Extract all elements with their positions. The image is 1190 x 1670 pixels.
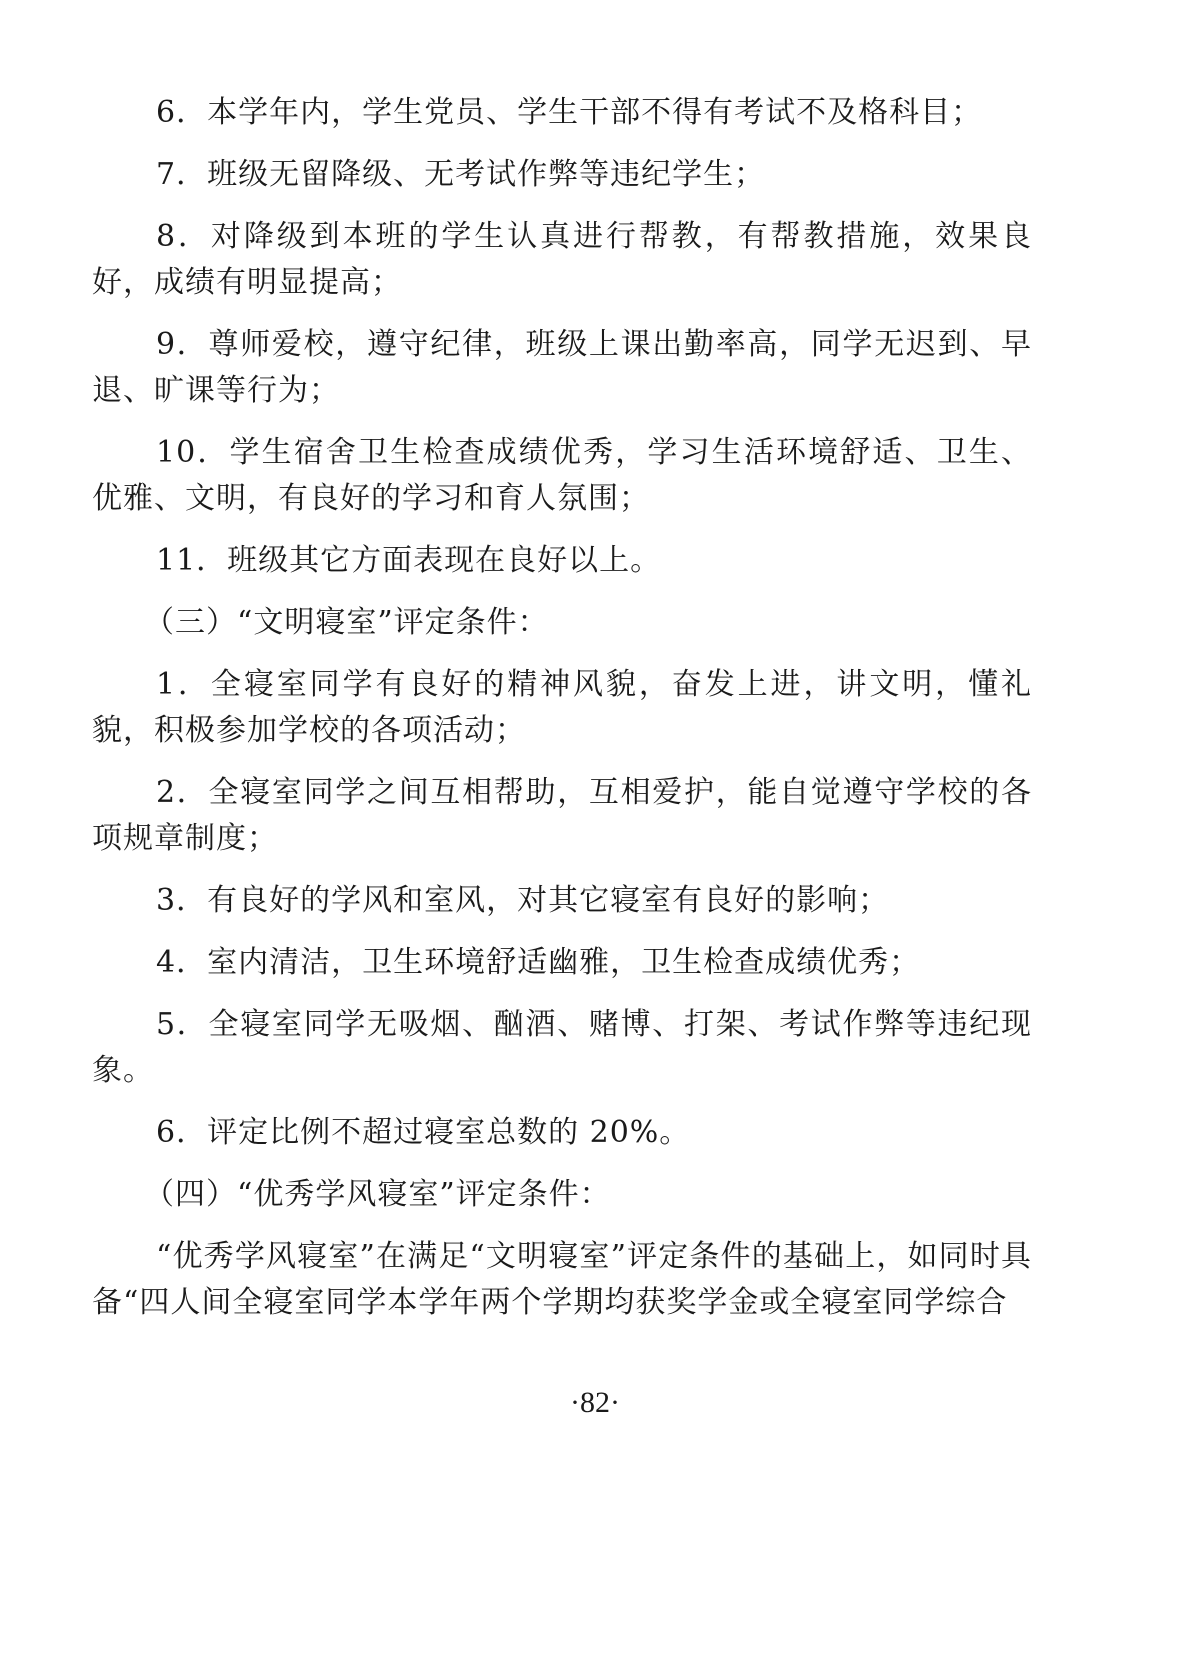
section-heading-civilized-dorm: （三）“文明寝室”评定条件： xyxy=(92,600,1032,646)
list-item-10-dormitory-hygiene: 10．学生宿舍卫生检查成绩优秀，学习生活环境舒适、卫生、优雅、文明，有良好的学习… xyxy=(92,430,1032,522)
list-item-7-no-violations: 7．班级无留降级、无考试作弊等违纪学生； xyxy=(92,152,1032,198)
document-page: 6．本学年内，学生党员、学生干部不得有考试不及格科目； 7．班级无留降级、无考试… xyxy=(92,90,1032,1342)
list-item-11-other-aspects: 11．班级其它方面表现在良好以上。 xyxy=(92,538,1032,584)
list-item-6-exam-pass: 6．本学年内，学生党员、学生干部不得有考试不及格科目； xyxy=(92,90,1032,136)
list-item-9-attendance: 9．尊师爱校，遵守纪律，班级上课出勤率高，同学无迟到、早退、旷课等行为； xyxy=(92,322,1032,414)
list-item-2-mutual-help: 2．全寝室同学之间互相帮助，互相爱护，能自觉遵守学校的各项规章制度； xyxy=(92,770,1032,862)
list-item-8-tutoring: 8．对降级到本班的学生认真进行帮教，有帮教措施，效果良好，成绩有明显提高； xyxy=(92,214,1032,306)
list-item-1-spirit: 1．全寝室同学有良好的精神风貌，奋发上进，讲文明，懂礼貌，积极参加学校的各项活动… xyxy=(92,662,1032,754)
page-number: ·82· xyxy=(0,1386,1190,1420)
section-heading-excellent-study-dorm: （四）“优秀学风寝室”评定条件： xyxy=(92,1172,1032,1218)
list-item-5-no-misconduct: 5．全寝室同学无吸烟、酗酒、赌博、打架、考试作弊等违纪现象。 xyxy=(92,1002,1032,1094)
list-item-3-study-atmosphere: 3．有良好的学风和室风，对其它寝室有良好的影响； xyxy=(92,878,1032,924)
body-paragraph-excellent-study-dorm: “优秀学风寝室”在满足“文明寝室”评定条件的基础上，如同时具备“四人间全寝室同学… xyxy=(92,1234,1032,1326)
list-item-4-cleanliness: 4．室内清洁，卫生环境舒适幽雅，卫生检查成绩优秀； xyxy=(92,940,1032,986)
list-item-6-ratio-limit: 6．评定比例不超过寝室总数的 20%。 xyxy=(92,1110,1032,1156)
